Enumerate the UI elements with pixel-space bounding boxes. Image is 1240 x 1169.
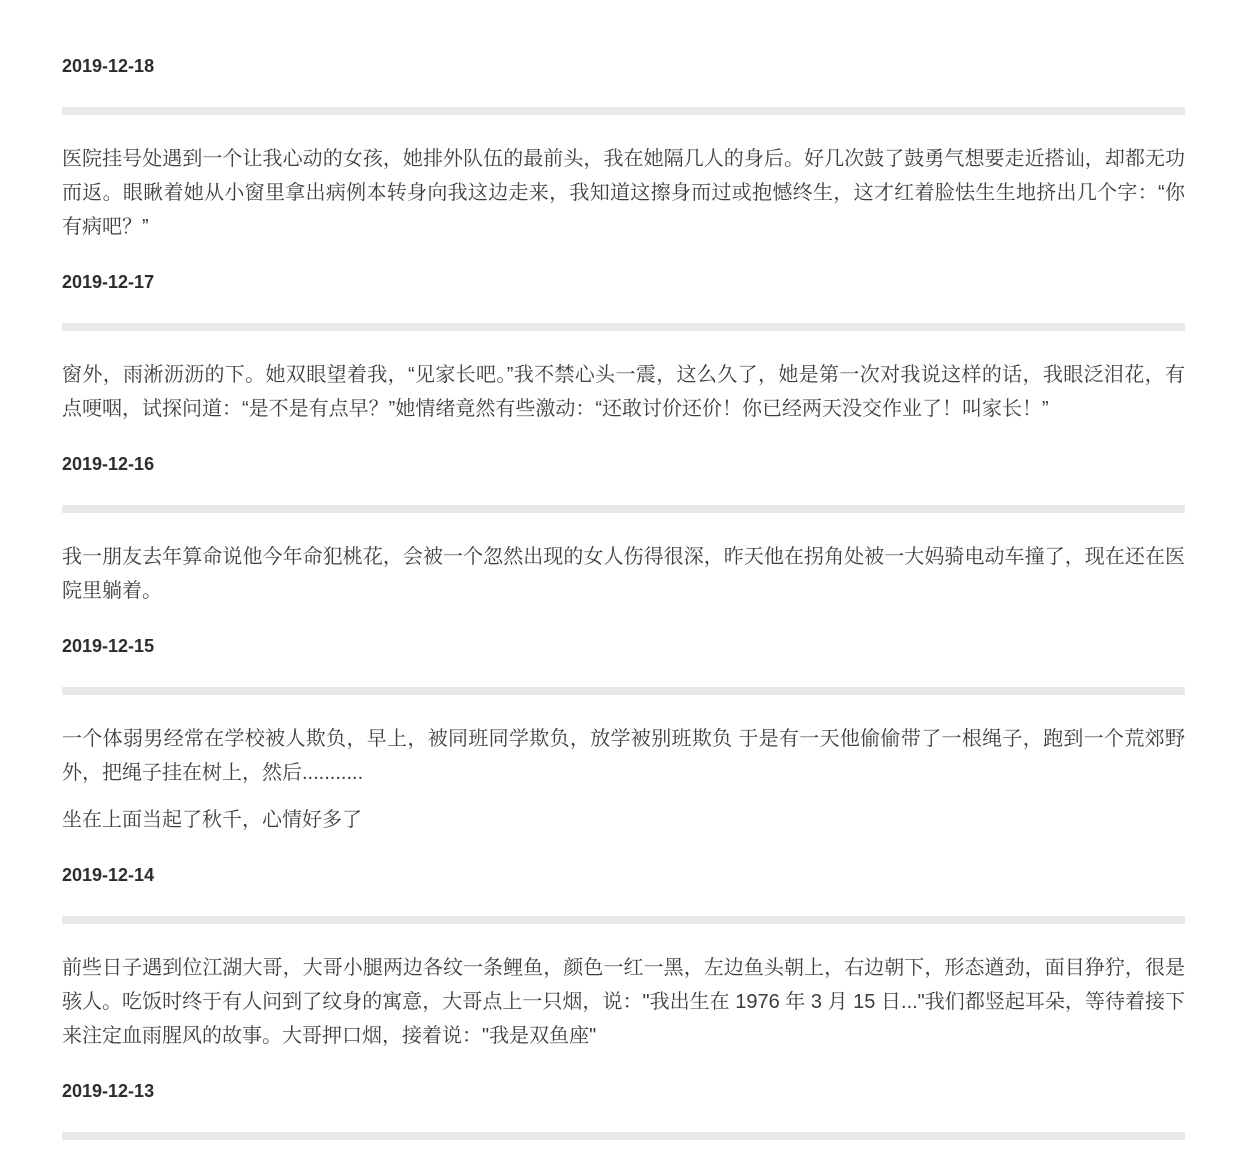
section-divider xyxy=(62,1132,1185,1140)
entry-date-heading: 2019-12-16 xyxy=(62,453,1185,475)
entry-date-heading: 2019-12-14 xyxy=(62,864,1185,886)
diary-entry: 2019-12-14 前些日子遇到位江湖大哥，大哥小腿两边各纹一条鲤鱼，颜色一红… xyxy=(62,864,1185,1053)
diary-page: 2019-12-18 医院挂号处遇到一个让我心动的女孩，她排外队伍的最前头，我在… xyxy=(62,55,1185,1140)
entry-date-heading: 2019-12-18 xyxy=(62,55,1185,77)
entry-paragraph: 医院挂号处遇到一个让我心动的女孩，她排外队伍的最前头，我在她隔几人的身后。好几次… xyxy=(62,142,1185,244)
diary-entry: 2019-12-15 一个体弱男经常在学校被人欺负，早上，被同班同学欺负，放学被… xyxy=(62,635,1185,837)
entry-paragraph: 一个体弱男经常在学校被人欺负，早上，被同班同学欺负，放学被别班欺负 于是有一天他… xyxy=(62,722,1185,790)
entry-date-heading: 2019-12-13 xyxy=(62,1080,1185,1102)
section-divider xyxy=(62,505,1185,513)
entry-paragraph: 我一朋友去年算命说他今年命犯桃花，会被一个忽然出现的女人伤得很深，昨天他在拐角处… xyxy=(62,540,1185,608)
entry-date-heading: 2019-12-17 xyxy=(62,271,1185,293)
diary-entry: 2019-12-17 窗外，雨淅沥沥的下。她双眼望着我，“见家长吧。”我不禁心头… xyxy=(62,271,1185,426)
section-divider xyxy=(62,323,1185,331)
entry-paragraph: 坐在上面当起了秋千，心情好多了 xyxy=(62,803,1185,837)
diary-entry: 2019-12-16 我一朋友去年算命说他今年命犯桃花，会被一个忽然出现的女人伤… xyxy=(62,453,1185,608)
section-divider xyxy=(62,916,1185,924)
entry-paragraph: 窗外，雨淅沥沥的下。她双眼望着我，“见家长吧。”我不禁心头一震，这么久了，她是第… xyxy=(62,358,1185,426)
section-divider xyxy=(62,107,1185,115)
entry-date-heading: 2019-12-15 xyxy=(62,635,1185,657)
entry-paragraph: 前些日子遇到位江湖大哥，大哥小腿两边各纹一条鲤鱼，颜色一红一黑，左边鱼头朝上，右… xyxy=(62,951,1185,1053)
diary-entry: 2019-12-13 xyxy=(62,1080,1185,1140)
section-divider xyxy=(62,687,1185,695)
diary-entry: 2019-12-18 医院挂号处遇到一个让我心动的女孩，她排外队伍的最前头，我在… xyxy=(62,55,1185,244)
